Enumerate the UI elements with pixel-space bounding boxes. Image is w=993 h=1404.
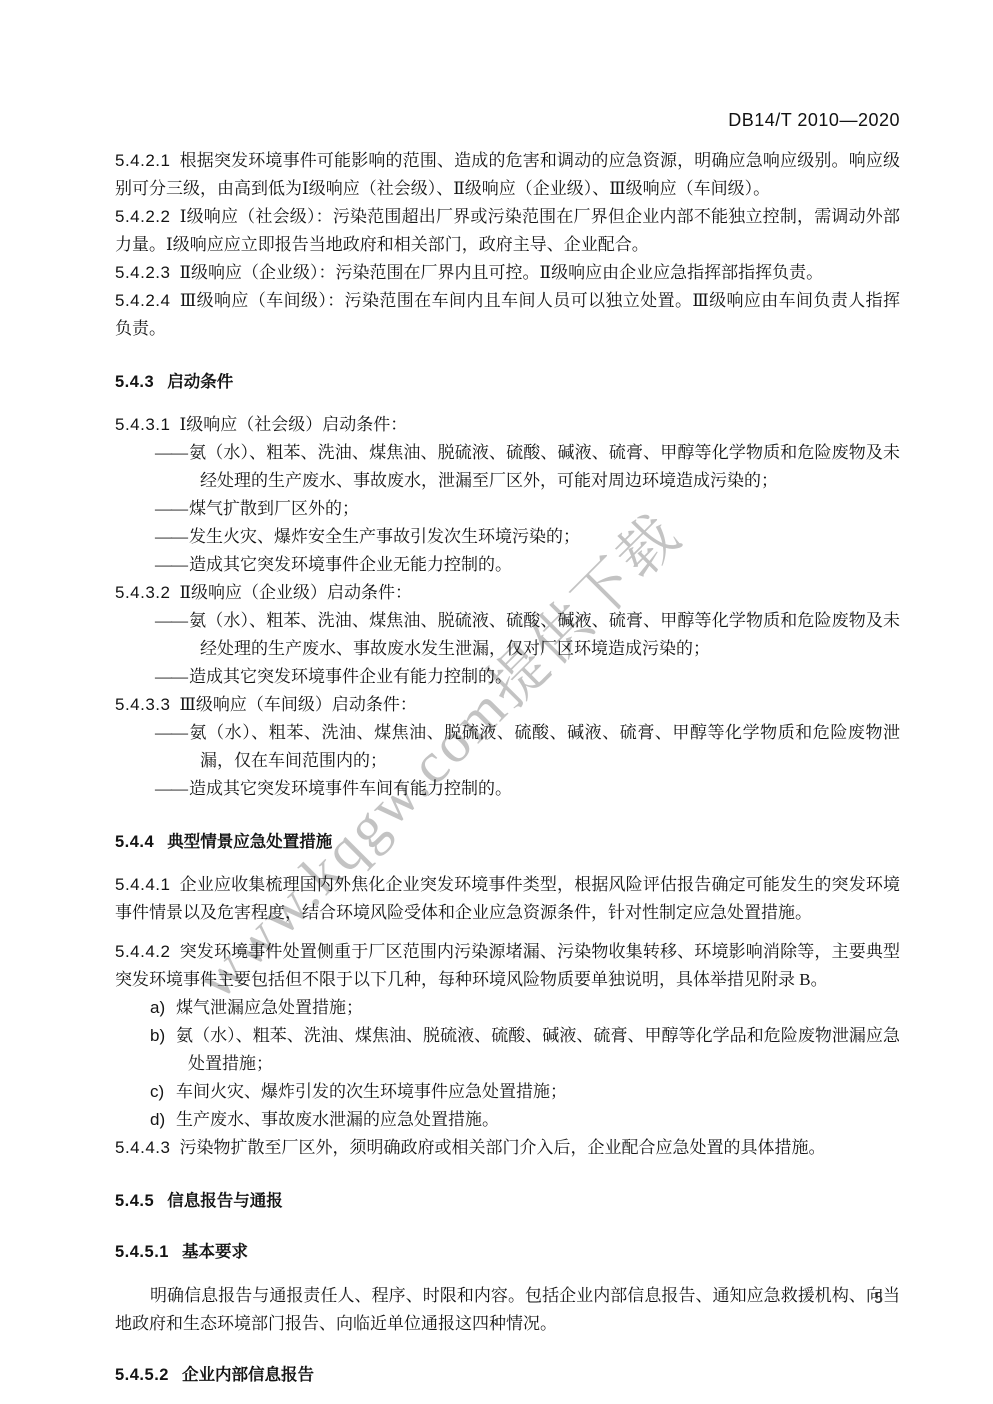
clause-text: Ⅱ级响应（企业级）：污染范围在厂界内且可控。Ⅱ级响应由企业应急指挥部指挥负责。 bbox=[180, 263, 824, 282]
clause-text: Ⅲ级响应（车间级）：污染范围在车间内且车间人员可以独立处置。Ⅲ级响应由车间负责人… bbox=[115, 291, 900, 338]
list-letter-marker: d) bbox=[150, 1106, 176, 1134]
clause-number: 5.4.3.1 bbox=[115, 415, 171, 434]
clause-number: 5.4.4.3 bbox=[115, 1138, 171, 1157]
clause-number: 5.4.3.2 bbox=[115, 583, 171, 602]
clause-text: Ⅰ级响应（社会级）启动条件： bbox=[180, 415, 408, 434]
clause-number: 5.4.2.4 bbox=[115, 291, 171, 310]
list-item-text: 煤气泄漏应急处置措施； bbox=[176, 998, 363, 1017]
heading-number: 5.4.5 bbox=[115, 1192, 154, 1210]
clause-text: 根据突发环境事件可能影响的范围、造成的危害和调动的应急资源，明确应急响应级别。响… bbox=[115, 151, 900, 198]
dash-item-text: 发生火灾、爆炸安全生产事故引发次生环境污染的； bbox=[189, 527, 580, 546]
clause-paragraph: 5.4.3.3Ⅲ级响应（车间级）启动条件： bbox=[115, 691, 900, 719]
dash-item-text: 氨（水）、粗苯、洗油、煤焦油、脱硫液、硫酸、碱液、硫膏、甲醇等化学物质和危险废物… bbox=[189, 611, 900, 658]
section-heading: 5.4.5.1基本要求 bbox=[115, 1238, 900, 1266]
lettered-list-item: d)生产废水、事故废水泄漏的应急处置措施。 bbox=[115, 1106, 900, 1134]
dash-list-item: ——造成其它突发环境事件企业无能力控制的。 bbox=[115, 551, 900, 579]
clause-text: 企业应收集梳理国内外焦化企业突发环境事件类型，根据风险评估报告确定可能发生的突发… bbox=[115, 875, 900, 922]
heading-title: 企业内部信息报告 bbox=[182, 1366, 314, 1384]
dash-marker: —— bbox=[155, 611, 187, 630]
list-letter-marker: a) bbox=[150, 994, 176, 1022]
lettered-list-item: c)车间火灾、爆炸引发的次生环境事件应急处置措施； bbox=[115, 1078, 900, 1106]
dash-marker: —— bbox=[155, 443, 187, 462]
clause-text: 突发环境事件处置侧重于厂区范围内污染源堵漏、污染物收集转移、环境影响消除等，主要… bbox=[115, 942, 900, 989]
dash-marker: —— bbox=[155, 499, 187, 518]
clause-paragraph: 5.4.2.1根据突发环境事件可能影响的范围、造成的危害和调动的应急资源，明确应… bbox=[115, 147, 900, 203]
clause-paragraph: 5.4.3.2Ⅱ级响应（企业级）启动条件： bbox=[115, 579, 900, 607]
dash-marker: —— bbox=[155, 779, 187, 798]
clause-paragraph: 5.4.2.3Ⅱ级响应（企业级）：污染范围在厂界内且可控。Ⅱ级响应由企业应急指挥… bbox=[115, 259, 900, 287]
heading-title: 基本要求 bbox=[182, 1243, 248, 1261]
page-number: 5 bbox=[874, 1290, 883, 1308]
list-item-text: 车间火灾、爆炸引发的次生环境事件应急处置措施； bbox=[176, 1082, 567, 1101]
heading-number: 5.4.5.2 bbox=[115, 1366, 169, 1384]
document-body: 5.4.2.1根据突发环境事件可能影响的范围、造成的危害和调动的应急资源，明确应… bbox=[0, 131, 993, 1389]
clause-text: Ⅲ级响应（车间级）启动条件： bbox=[180, 695, 417, 714]
dash-item-text: 造成其它突发环境事件企业无能力控制的。 bbox=[189, 555, 512, 574]
heading-title: 典型情景应急处置措施 bbox=[167, 833, 332, 851]
list-letter-marker: b) bbox=[150, 1022, 176, 1050]
heading-number: 5.4.4 bbox=[115, 833, 154, 851]
dash-list-item: ——造成其它突发环境事件企业有能力控制的。 bbox=[115, 663, 900, 691]
section-heading: 5.4.5信息报告与通报 bbox=[115, 1187, 900, 1215]
dash-list-item: ——氨（水）、粗苯、洗油、煤焦油、脱硫液、硫酸、碱液、硫膏、甲醇等化学物质和危险… bbox=[115, 439, 900, 495]
dash-list-item: ——造成其它突发环境事件车间有能力控制的。 bbox=[115, 775, 900, 803]
document-page: www.kqgw.com提供下载 DB14/T 2010—2020 5.4.2.… bbox=[0, 0, 993, 1404]
standard-number: DB14/T 2010—2020 bbox=[728, 110, 900, 130]
dash-list-item: ——发生火灾、爆炸安全生产事故引发次生环境污染的； bbox=[115, 523, 900, 551]
clause-number: 5.4.2.1 bbox=[115, 151, 171, 170]
clause-paragraph: 5.4.2.4Ⅲ级响应（车间级）：污染范围在车间内且车间人员可以独立处置。Ⅲ级响… bbox=[115, 287, 900, 343]
clause-number: 5.4.2.3 bbox=[115, 263, 171, 282]
clause-number: 5.4.4.1 bbox=[115, 875, 171, 894]
dash-item-text: 造成其它突发环境事件企业有能力控制的。 bbox=[189, 667, 512, 686]
clause-number: 5.4.3.3 bbox=[115, 695, 171, 714]
clause-paragraph: 5.4.4.2突发环境事件处置侧重于厂区范围内污染源堵漏、污染物收集转移、环境影… bbox=[115, 938, 900, 994]
dash-marker: —— bbox=[155, 723, 187, 742]
section-heading: 5.4.3启动条件 bbox=[115, 368, 900, 396]
section-heading: 5.4.5.2企业内部信息报告 bbox=[115, 1361, 900, 1389]
clause-text: Ⅱ级响应（企业级）启动条件： bbox=[180, 583, 413, 602]
list-letter-marker: c) bbox=[150, 1078, 176, 1106]
dash-list-item: ——氨（水）、粗苯、洗油、煤焦油、脱硫液、硫酸、碱液、硫膏、甲醇等化学物质和危险… bbox=[115, 607, 900, 663]
heading-title: 信息报告与通报 bbox=[167, 1192, 283, 1210]
list-item-text: 氨（水）、粗苯、洗油、煤焦油、脱硫液、硫酸、碱液、硫膏、甲醇等化学品和危险废物泄… bbox=[176, 1026, 900, 1073]
body-paragraph: 明确信息报告与通报责任人、程序、时限和内容。包括企业内部信息报告、通知应急救援机… bbox=[115, 1282, 900, 1338]
clause-text: 污染物扩散至厂区外，须明确政府或相关部门介入后，企业配合应急处置的具体措施。 bbox=[180, 1138, 826, 1157]
section-heading: 5.4.4典型情景应急处置措施 bbox=[115, 828, 900, 856]
dash-list-item: ——煤气扩散到厂区外的； bbox=[115, 495, 900, 523]
clause-text: Ⅰ级响应（社会级）：污染范围超出厂界或污染范围在厂界但企业内部不能独立控制，需调… bbox=[115, 207, 900, 254]
heading-number: 5.4.5.1 bbox=[115, 1243, 169, 1261]
clause-number: 5.4.4.2 bbox=[115, 942, 171, 961]
clause-number: 5.4.2.2 bbox=[115, 207, 171, 226]
dash-item-text: 造成其它突发环境事件车间有能力控制的。 bbox=[189, 779, 512, 798]
heading-number: 5.4.3 bbox=[115, 373, 154, 391]
heading-title: 启动条件 bbox=[167, 373, 233, 391]
dash-item-text: 煤气扩散到厂区外的； bbox=[189, 499, 359, 518]
dash-item-text: 氨（水）、粗苯、洗油、煤焦油、脱硫液、硫酸、碱液、硫膏、甲醇等化学物质和危险废物… bbox=[189, 443, 900, 490]
dash-marker: —— bbox=[155, 555, 187, 574]
dash-item-text: 氨（水）、粗苯、洗油、煤焦油、脱硫液、硫酸、碱液、硫膏、甲醇等化学物质和危险废物… bbox=[189, 723, 900, 770]
dash-marker: —— bbox=[155, 667, 187, 686]
lettered-list-item: b)氨（水）、粗苯、洗油、煤焦油、脱硫液、硫酸、碱液、硫膏、甲醇等化学品和危险废… bbox=[115, 1022, 900, 1078]
clause-paragraph: 5.4.2.2Ⅰ级响应（社会级）：污染范围超出厂界或污染范围在厂界但企业内部不能… bbox=[115, 203, 900, 259]
page-header: DB14/T 2010—2020 bbox=[0, 0, 993, 131]
dash-list-item: ——氨（水）、粗苯、洗油、煤焦油、脱硫液、硫酸、碱液、硫膏、甲醇等化学物质和危险… bbox=[115, 719, 900, 775]
clause-paragraph: 5.4.4.3污染物扩散至厂区外，须明确政府或相关部门介入后，企业配合应急处置的… bbox=[115, 1134, 900, 1162]
clause-paragraph: 5.4.4.1企业应收集梳理国内外焦化企业突发环境事件类型，根据风险评估报告确定… bbox=[115, 871, 900, 927]
clause-paragraph: 5.4.3.1Ⅰ级响应（社会级）启动条件： bbox=[115, 411, 900, 439]
list-item-text: 生产废水、事故废水泄漏的应急处置措施。 bbox=[176, 1110, 499, 1129]
paragraph-text: 明确信息报告与通报责任人、程序、时限和内容。包括企业内部信息报告、通知应急救援机… bbox=[115, 1286, 900, 1333]
dash-marker: —— bbox=[155, 527, 187, 546]
lettered-list-item: a)煤气泄漏应急处置措施； bbox=[115, 994, 900, 1022]
